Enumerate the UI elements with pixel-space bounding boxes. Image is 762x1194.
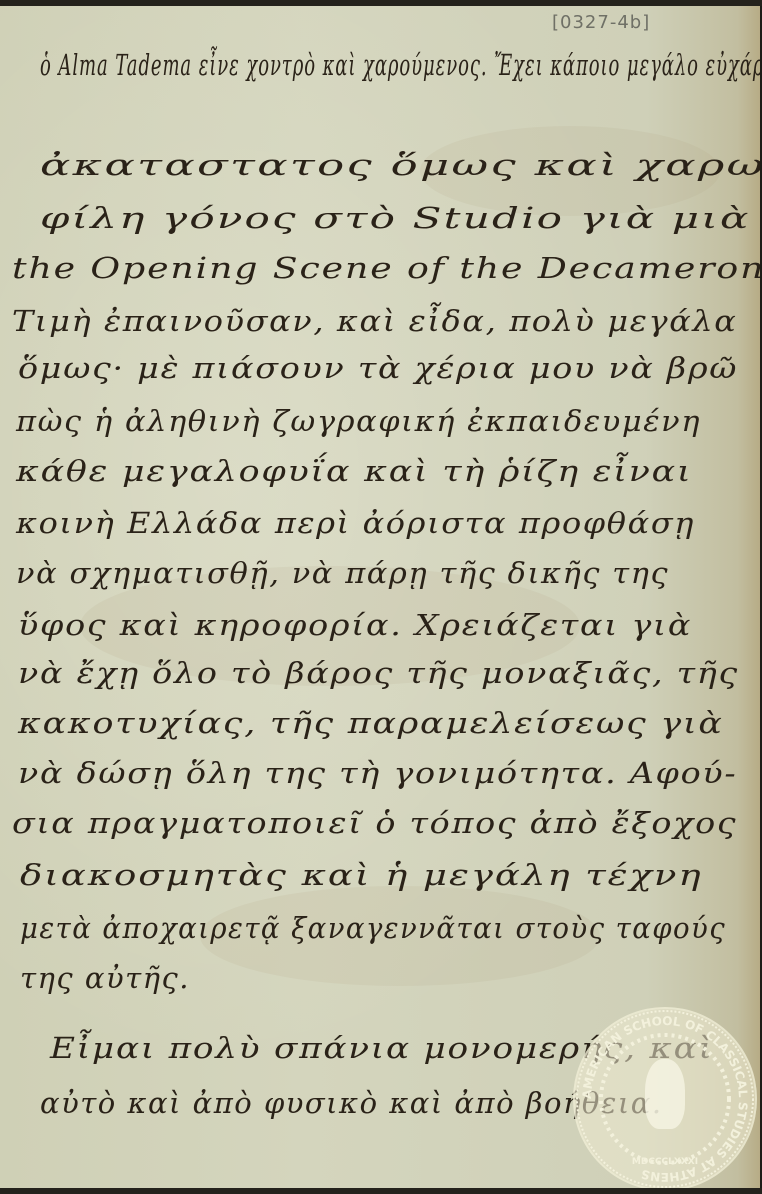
handwritten-line: κοινὴ Ελλάδα περὶ ἀόριστα προφθάσῃ bbox=[16, 506, 695, 540]
handwritten-line: αὐτὸ καὶ ἀπὸ φυσικὸ καὶ ἀπὸ βοήθεια. bbox=[40, 1086, 663, 1120]
handwritten-line: the Opening Scene of the Decameron. bbox=[12, 251, 760, 285]
handwritten-line: διακοσμητὰς καὶ ἡ μεγάλη τέχνη bbox=[20, 858, 703, 892]
scan-bottom-edge bbox=[0, 1188, 762, 1194]
embossed-seal-stamp: AMERICAN SCHOOL OF CLASSICAL STUDIES AT … bbox=[573, 1007, 757, 1191]
handwritten-line: σια πραγματοποιεῖ ὁ τόπος ἀπὸ ἔξοχος bbox=[12, 806, 737, 840]
handwritten-line: νὰ σχηματισθῇ, νὰ πάρῃ τῆς δικῆς της bbox=[16, 556, 669, 590]
handwritten-line: φίλη γόνος στὸ Studio γιὰ μιὰ εἰκόνα bbox=[40, 201, 760, 235]
handwritten-line: Τιμὴ ἐπαινοῦσαν, καὶ εἶδα, πολὺ μεγάλα bbox=[12, 304, 737, 338]
handwritten-line: ὁ Alma Tadema εἶνε χοντρὸ καὶ χαρούμενος… bbox=[40, 48, 760, 82]
handwritten-line: νὰ ἔχῃ ὅλο τὸ βάρος τῆς μοναξιᾶς, τῆς bbox=[18, 656, 739, 690]
archive-reference-number: [0327-4b] bbox=[552, 12, 650, 33]
seal-year: MDCCCLXXXI bbox=[573, 1157, 757, 1167]
handwritten-line: πὼς ἡ ἀληθινὴ ζωγραφική ἐκπαιδευμένη bbox=[16, 404, 701, 438]
handwritten-line: μετὰ ἀποχαιρετᾷ ξαναγεννᾶται στοὺς ταφού… bbox=[20, 911, 726, 945]
handwritten-line: νὰ δώσῃ ὅλη της τὴ γονιμότητα. Αφού- bbox=[18, 756, 737, 790]
handwritten-line: ἀκαταστατος ὅμως καὶ χαρωπός. Εἶχε bbox=[40, 148, 760, 182]
seal-emblem-icon bbox=[645, 1059, 685, 1129]
handwritten-line: της αὐτῆς. bbox=[20, 961, 190, 995]
handwritten-line: κακοτυχίας, τῆς παραμελείσεως γιὰ bbox=[18, 706, 724, 740]
handwritten-line: ὅμως· μὲ πιάσουν τὰ χέρια μου νὰ βρῶ bbox=[18, 351, 738, 385]
handwritten-line: κάθε μεγαλοφυΐα καὶ τὴ ῥίζη εἶναι bbox=[16, 454, 692, 488]
handwritten-line: ὕφος καὶ κηροφορία. Χρειάζεται γιὰ bbox=[18, 608, 692, 642]
